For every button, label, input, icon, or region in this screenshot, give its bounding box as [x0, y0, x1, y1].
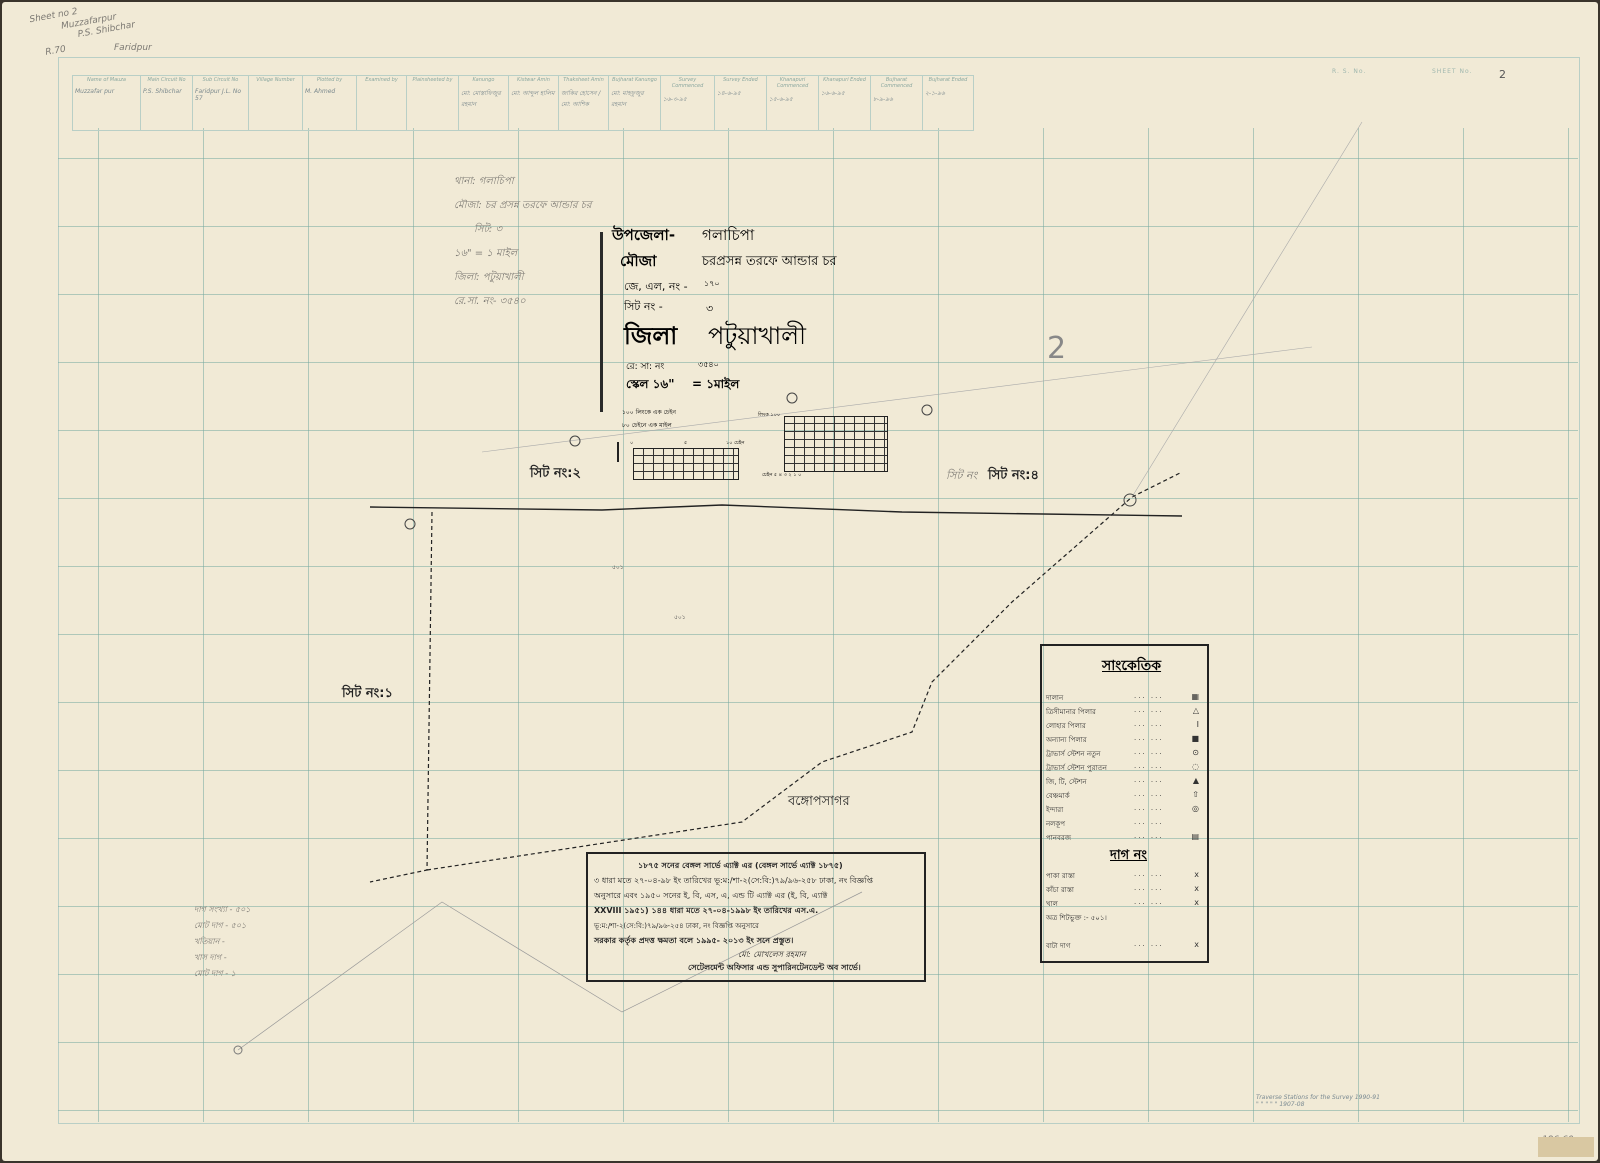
legend-item: দালান... ...▦ [1046, 692, 1201, 704]
legend-item: নলকূপ... ... [1046, 818, 1201, 830]
pencil-note-line: রে.সা. নং- ৩৫৪০ [454, 290, 592, 314]
upazila-value: গলাচিপা [702, 224, 754, 249]
notice-line: ৩ ধারা মতে ২৭-০৪-৯৮ ইং তারিখের ভূ:ম:/শা-… [594, 875, 873, 888]
rs-no-bn-value: ৩৫৪০ [698, 359, 719, 372]
footer-line: " " " " " 1907-08 [1256, 1101, 1380, 1108]
legend-item: পানবরজ... ...▤ [1046, 832, 1201, 844]
footer-note: Traverse Stations for the Survey 1990-91… [1256, 1094, 1380, 1108]
legend-item: কাঁচা রাস্তা... ...x [1046, 884, 1201, 896]
legend-item: বাটা দাগ... ...x [1046, 940, 1201, 952]
traverse-station-new-icon: ⊙ [1192, 748, 1199, 757]
legend-item: অন্যান্য পিলার... ...■ [1046, 734, 1201, 746]
legend-item: খাল... ...x [1046, 898, 1201, 910]
paper-stain [1538, 1137, 1594, 1157]
legend-item: অত্র শিটভুক্ত :- ৫০১। [1046, 912, 1201, 924]
iron-pillar-icon: I [1197, 720, 1199, 729]
sheet-no-bn-value: ৩ [706, 300, 713, 319]
trijunction-pillar-icon: △ [1193, 706, 1199, 715]
pencil-note-line: জিলা: পটুয়াখালী [454, 266, 592, 290]
plot-legend-title: দাগ নং [1110, 846, 1147, 867]
notice-line: সরকার কর্তৃক প্রদত্ত ক্ষমতা বলে ১৯৯৫- ২০… [594, 935, 793, 948]
scale-tick: ০ [630, 440, 633, 448]
gt-station-icon: ▲ [1193, 776, 1199, 785]
building-icon: ▦ [1191, 692, 1199, 701]
betel-garden-icon: ▤ [1191, 832, 1199, 841]
legend-title: সাংকেতিক [1102, 654, 1161, 678]
title-bracket [600, 232, 603, 412]
scale-tick: ১০ চেইন [726, 440, 744, 448]
plot-number: ৫০১ [612, 562, 624, 573]
pencil-note-line: থানা: গলাচিপা [454, 170, 592, 194]
pencil-note-line: ১৬" = ১ মাইল [454, 242, 592, 266]
scale-tick: ৫ [684, 440, 687, 448]
legend-item: ইন্দারা... ...◎ [1046, 804, 1201, 816]
legend-item: ত্রিসীমানার পিলার... ...△ [1046, 706, 1201, 718]
traverse-station-old-icon: ◌ [1192, 762, 1199, 771]
pencil-note-line: মোট দাগ - ১ [194, 966, 251, 982]
chain-scale-bar [633, 448, 739, 480]
sheet-no-bn-label: সিট নং - [624, 298, 663, 317]
notice-line: সেটেলমেন্ট অফিসার এন্ড সুপারিনটেনডেন্ট অ… [688, 962, 861, 975]
scale-value: = ১মাইল [692, 376, 739, 396]
pencil-note-line: মোট দাগ - ৫০১ [194, 918, 251, 934]
pencil-mark-two: 2 [1047, 320, 1066, 377]
authorization-notice: ১৮৭৫ সনের বেঙ্গল সার্ভে এ্যাক্ট এর (বেঙ্… [586, 852, 926, 982]
plot-number: ৫০১ [674, 612, 686, 623]
legend-box: সাংকেতিক দালান... ...▦ ত্রিসীমানার পিলার… [1040, 644, 1209, 963]
pencil-note-line: খাস দাগ - [194, 950, 251, 966]
mouza-value: চরপ্রসন্ন তরফে আন্ডার চর [702, 252, 837, 273]
legend-item: বেঞ্চমার্ক... ...⇧ [1046, 790, 1201, 802]
pencil-note-line: মৌজা: চর প্রসন্ন তরফে আন্ডার চর [454, 194, 592, 218]
other-pillar-icon: ■ [1191, 734, 1199, 743]
notice-line: XXVIII ১৯৫১) ১৪৪ ধারা মতে ২৭-০৪-১৯৯৮ ইং … [594, 905, 818, 918]
map-sheet: Sheet no 2 Muzzafarpur P.S. Shibchar R.7… [2, 2, 1598, 1161]
footer-line: Traverse Stations for the Survey 1990-91 [1256, 1094, 1380, 1101]
scale-label: স্কেল ১৬" [626, 376, 674, 396]
pencil-title-notes: থানা: গলাচিপা মৌজা: চর প্রসন্ন তরফে আন্ড… [454, 170, 592, 314]
diagonal-scale-top: লিংক ১০০ [758, 412, 780, 420]
diagonal-scale [784, 416, 888, 472]
pencil-bottom-notes: দাগ সংখ্যা - ৫০১ মোট দাগ - ৫০১ খতিয়ান -… [194, 902, 251, 982]
jl-value: ১৭০ [704, 278, 720, 291]
scale-note-1: ১০০ লিংকে এক চেইন [622, 407, 676, 418]
upazila-label: উপজেলা- [612, 224, 675, 249]
pencil-note-line: খতিয়ান - [194, 934, 251, 950]
map-boundaries [2, 2, 1598, 1161]
rs-no-bn-label: রে: সা: নং [626, 359, 664, 374]
jl-label: জে, এল, নং - [624, 278, 688, 297]
diagonal-scale-xlabel: চেইন ৫ ৪ ৩ ২ ১ ০ [762, 472, 801, 480]
adjacent-sheet-4: সিট নং:৪ [988, 466, 1039, 487]
pencil-note-line: দাগ সংখ্যা - ৫০১ [194, 902, 251, 918]
legend-item: ট্রাভার্স স্টেশন পুরাতন... ...◌ [1046, 762, 1201, 774]
district-label: জিলা [624, 318, 677, 358]
notice-line: ভূ:ম:/শা-২(সে:বি:)৭৯/৯৬-২৫৪ ঢাকা, নং বিজ… [594, 920, 759, 932]
benchmark-icon: ⇧ [1192, 790, 1199, 799]
legend-item: জি, টি, স্টেশন... ...▲ [1046, 776, 1201, 788]
adjacent-sheet-4-pencil: সিট নং [946, 466, 977, 487]
legend-item: ট্রাভার্স স্টেশন নতুন... ...⊙ [1046, 748, 1201, 760]
legend-item: পাকা রাস্তা... ...x [1046, 870, 1201, 882]
officer-signature: মো: মোখলেস রহমান [738, 949, 806, 962]
sea-label: বঙ্গোপসাগর [788, 792, 850, 813]
well-icon: ◎ [1192, 804, 1199, 813]
mouza-label: মৌজা [620, 250, 656, 275]
legend-item: লোহার পিলার... ...I [1046, 720, 1201, 732]
district-value: পটুয়াখালী [708, 318, 806, 358]
adjacent-sheet-2: সিট নং:২ [530, 464, 581, 485]
scale-note-2: ৮০ চেইনে এক মাইল [622, 420, 672, 431]
pencil-note-line: সিট: ৩ [474, 218, 592, 242]
notice-line: ১৮৭৫ সনের বেঙ্গল সার্ভে এ্যাক্ট এর (বেঙ্… [638, 860, 843, 873]
adjacent-sheet-1: সিট নং:১ [342, 684, 393, 705]
notice-line: অনুসারে এবং ১৯৫০ সনের ই, বি, এস, এ, এন্ড… [594, 890, 827, 903]
